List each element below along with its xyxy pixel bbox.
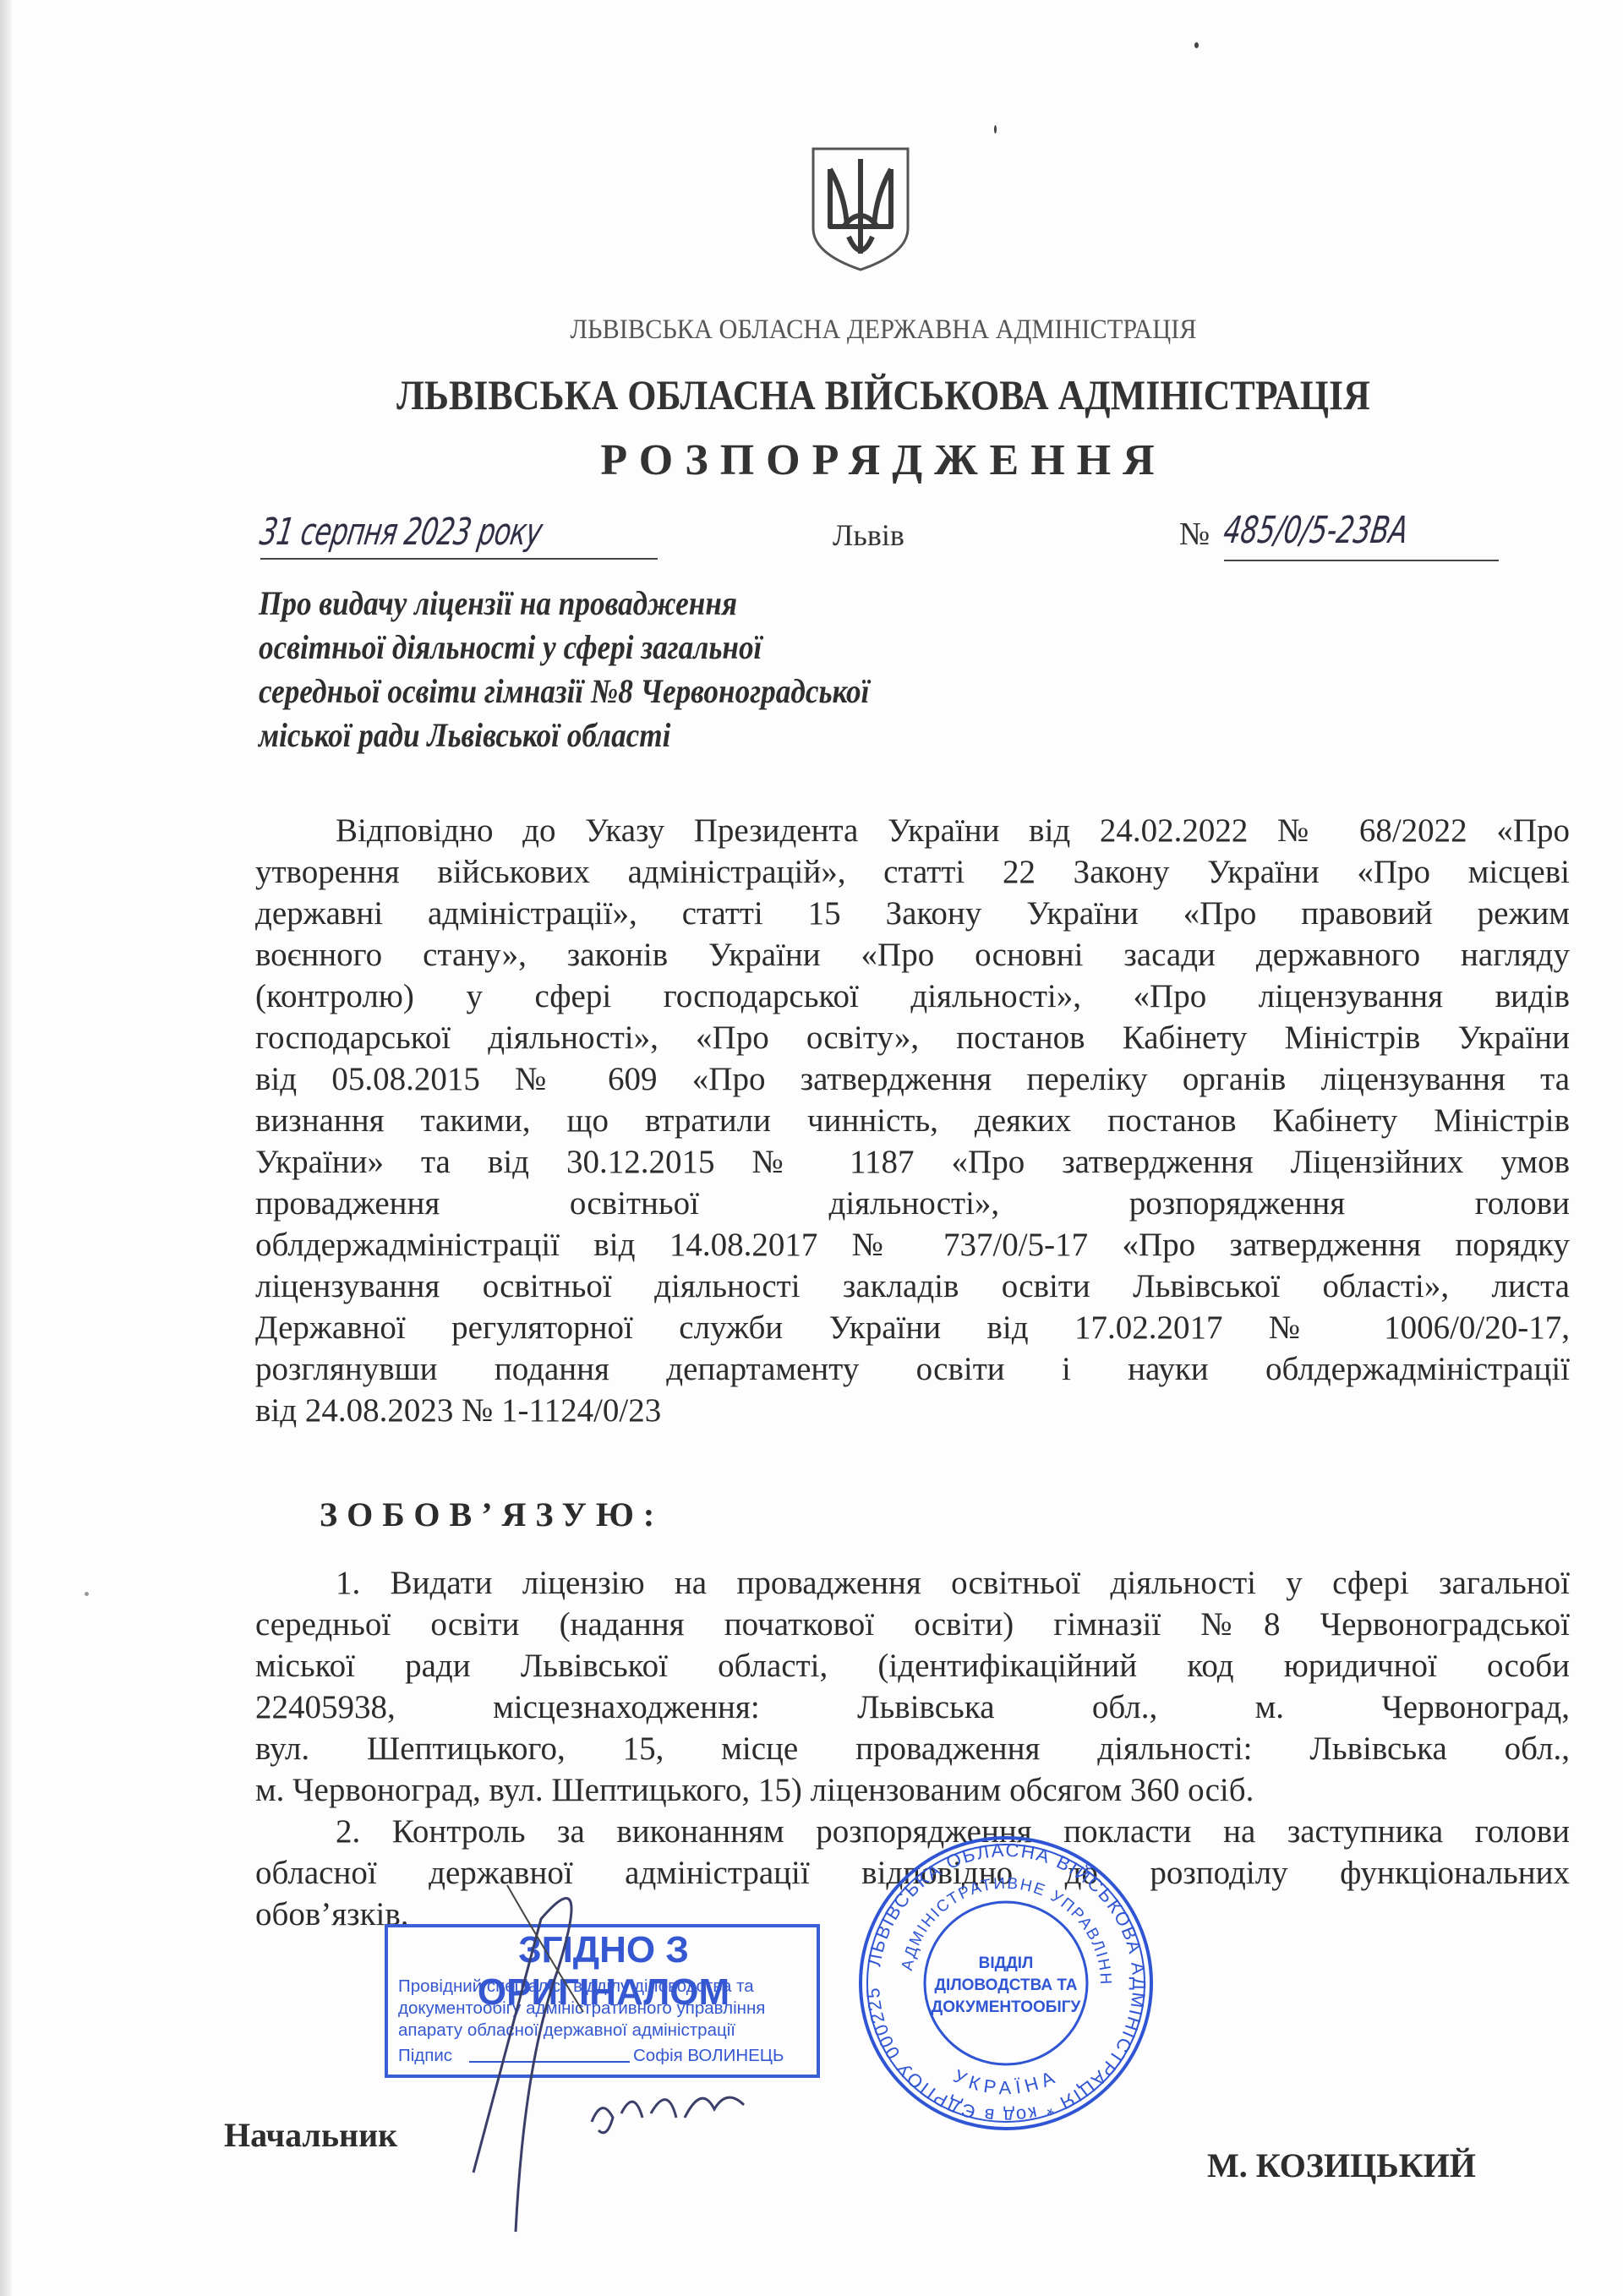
text-line: визнання такими, що втратили чинність, д… [255,1100,1570,1141]
text-line: України» та від 30.12.2015 № 1187 «Про з… [255,1141,1570,1183]
number-underline [1224,560,1499,561]
order-item-1: 1. Видати ліцензію на провадження освітн… [255,1562,1570,1811]
text-line: середньої освіти (надання початкової осв… [255,1604,1570,1645]
text-line: м. Червоноград, вул. Шептицького, 15) лі… [255,1769,1570,1811]
state-administration-name: ЛЬВІВСЬКА ОБЛАСНА ДЕРЖАВНА АДМІНІСТРАЦІЯ [71,314,1564,346]
text-line: від 05.08.2015 № 609 «Про затвердження п… [255,1058,1570,1100]
subject-line: Про видачу ліцензії на провадження [259,582,1003,626]
stamp-sign-line [469,2061,630,2063]
text-line: (контролю) у сфері господарської діяльно… [255,976,1570,1017]
scan-speck [994,125,997,134]
document-type-title: РОЗПОРЯДЖЕННЯ [0,435,1623,485]
text-line: міської ради Львівської області, (іденти… [255,1645,1570,1686]
subject-line: міської ради Львівської області [259,713,1003,757]
text-line: 22405938, місцезнаходження: Львівська об… [255,1686,1570,1728]
certified-copy-stamp: ЗГІДНО З ОРИГІНАЛОМ Провідний спеціаліст… [385,1924,820,2078]
stamp-signer-name: Софія ВОЛИНЕЦЬ [633,2046,784,2066]
signatory-name: М. КОЗИЦЬКИЙ [1207,2146,1476,2185]
text-line: провадження освітньої діяльності», розпо… [255,1183,1570,1224]
date-underline [260,558,658,560]
stamp-line: Провідний спеціаліст відділу діловодства… [398,1976,754,1997]
text-line: 1. Видати ліцензію на провадження освітн… [255,1562,1570,1604]
svg-text:ДІЛОВОДСТВА ТА: ДІЛОВОДСТВА ТА [935,1976,1078,1994]
text-line: утворення військових адміністрацій», ста… [255,851,1570,893]
svg-text:ВІДДІЛ: ВІДДІЛ [979,1954,1034,1972]
text-line: від 24.08.2023 № 1-1124/0/23 [255,1390,1570,1431]
official-round-seal: ЛЬВІВСЬКА ОБЛАСНА ВІЙСЬКОВА АДМІНІСТРАЦІ… [855,1833,1156,2134]
scan-edge-shadow [0,0,12,2296]
city-name: Львів [833,517,904,553]
text-line: облдержадміністрації від 14.08.2017 № 73… [255,1224,1570,1266]
military-administration-name: ЛЬВІВСЬКА ОБЛАСНА ВІЙСЬКОВА АДМІНІСТРАЦІ… [106,370,1534,419]
document-subject: Про видачу ліцензії на провадження освіт… [259,582,1104,757]
number-sign: № [1179,516,1210,553]
text-line: Відповідно до Указу Президента України в… [255,810,1570,851]
text-line: вул. Шептицького, 15, місце провадження … [255,1728,1570,1769]
text-line: державні адміністрації», статті 15 Закон… [255,893,1570,934]
handwritten-document-number: 485/0/5-23ВА [1221,509,1411,552]
scan-speck [1194,42,1199,48]
subject-line: середньої освіти гімназії №8 Червоноград… [259,670,1003,713]
signatory-position: Начальник [224,2115,397,2155]
text-line: воєнного стану», законів України «Про ос… [255,934,1570,976]
text-line: розглянувши подання департаменту освіти … [255,1348,1570,1390]
text-line: господарської діяльності», «Про освіту»,… [255,1017,1570,1058]
svg-text:ДОКУМЕНТООБІГУ: ДОКУМЕНТООБІГУ [932,1998,1081,2016]
preamble-paragraph: Відповідно до Указу Президента України в… [255,810,1570,1431]
trident-coat-of-arms-icon [810,145,911,272]
text-line: ліцензування освітньої діяльності заклад… [255,1266,1570,1307]
stamp-line: документообігу адміністративного управлі… [398,1998,765,2019]
subject-line: освітньої діяльності у сфері загальної [259,626,1003,670]
stamp-line: апарату обласної державної адміністрації [398,2020,735,2041]
scan-speck [85,1592,89,1596]
text-line: Державної регуляторної служби України ві… [255,1307,1570,1348]
svg-text:УКРАЇНА: УКРАЇНА [950,2065,1062,2099]
handwritten-date: 31 серпня 2023 року [257,511,544,554]
stamp-sign-label: Підпис [398,2046,452,2066]
order-directive-word: ЗОБОВ’ЯЗУЮ: [320,1495,664,1534]
